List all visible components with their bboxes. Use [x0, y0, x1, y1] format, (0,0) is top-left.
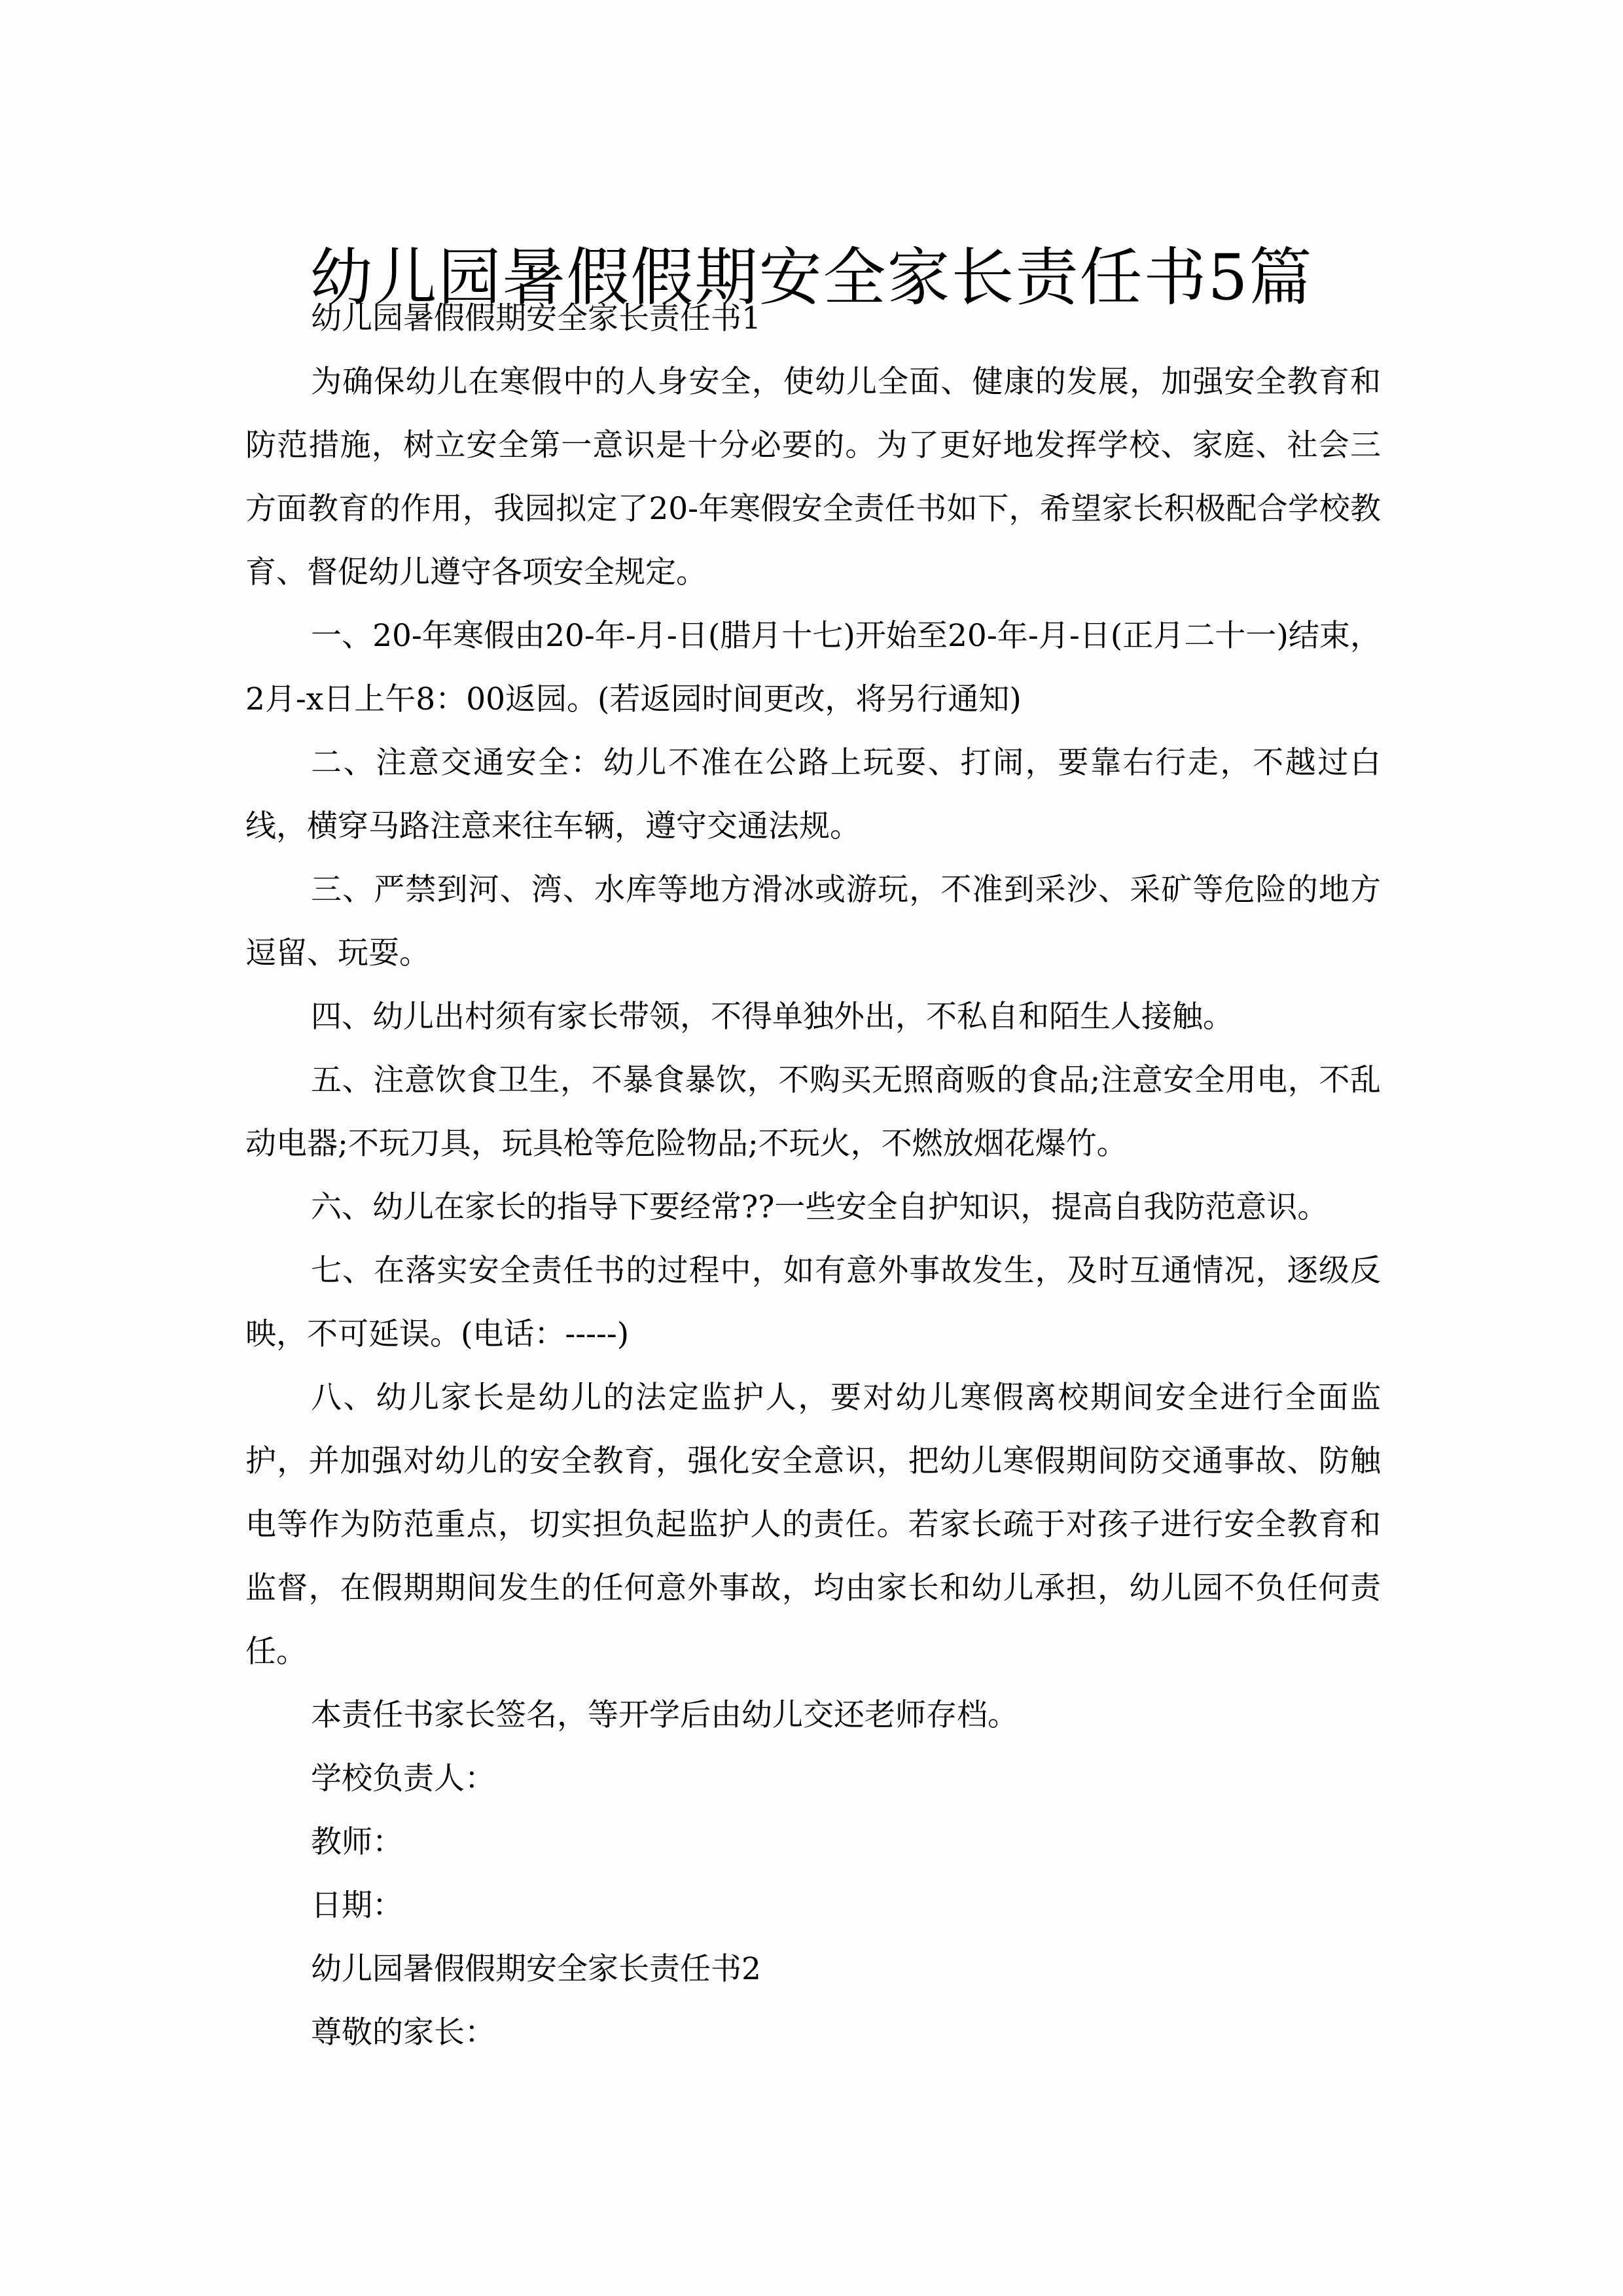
paragraph-signature-note: 本责任书家长签名，等开学后由幼儿交还老师存档。: [245, 1683, 1381, 1747]
document-body: 幼儿园暑假假期安全家长责任书1 为确保幼儿在寒假中的人身安全，使幼儿全面、健康的…: [245, 287, 1381, 2064]
paragraph-item-8: 八、幼儿家长是幼儿的法定监护人，要对幼儿寒假离校期间安全进行全面监护，并加强对幼…: [245, 1366, 1381, 1683]
signature-school-head: 学校负责人：: [245, 1747, 1381, 1810]
greeting: 尊敬的家长：: [245, 2001, 1381, 2064]
paragraph-intro: 为确保幼儿在寒假中的人身安全，使幼儿全面、健康的发展，加强安全教育和防范措施，树…: [245, 350, 1381, 604]
signature-teacher: 教师：: [245, 1810, 1381, 1874]
signature-date: 日期：: [245, 1874, 1381, 1937]
section-heading-2: 幼儿园暑假假期安全家长责任书2: [245, 1937, 1381, 2001]
paragraph-item-4: 四、幼儿出村须有家长带领，不得单独外出，不私自和陌生人接触。: [245, 985, 1381, 1049]
paragraph-item-3: 三、严禁到河、湾、水库等地方滑冰或游玩，不准到采沙、采矿等危险的地方逗留、玩耍。: [245, 858, 1381, 985]
paragraph-item-5: 五、注意饮食卫生，不暴食暴饮，不购买无照商贩的食品;注意安全用电，不乱动电器;不…: [245, 1049, 1381, 1175]
document-page: 幼儿园暑假假期安全家长责任书5篇 幼儿园暑假假期安全家长责任书1 为确保幼儿在寒…: [0, 0, 1623, 2296]
paragraph-item-2: 二、注意交通安全：幼儿不准在公路上玩耍、打闹，要靠右行走，不越过白线，横穿马路注…: [245, 731, 1381, 858]
paragraph-item-1: 一、20-年寒假由20-年-月-日(腊月十七)开始至20-年-月-日(正月二十一…: [245, 604, 1381, 731]
section-heading-1: 幼儿园暑假假期安全家长责任书1: [245, 287, 1381, 350]
paragraph-item-6: 六、幼儿在家长的指导下要经常??一些安全自护知识，提高自我防范意识。: [245, 1175, 1381, 1239]
paragraph-item-7: 七、在落实安全责任书的过程中，如有意外事故发生，及时互通情况，逐级反映，不可延误…: [245, 1239, 1381, 1366]
